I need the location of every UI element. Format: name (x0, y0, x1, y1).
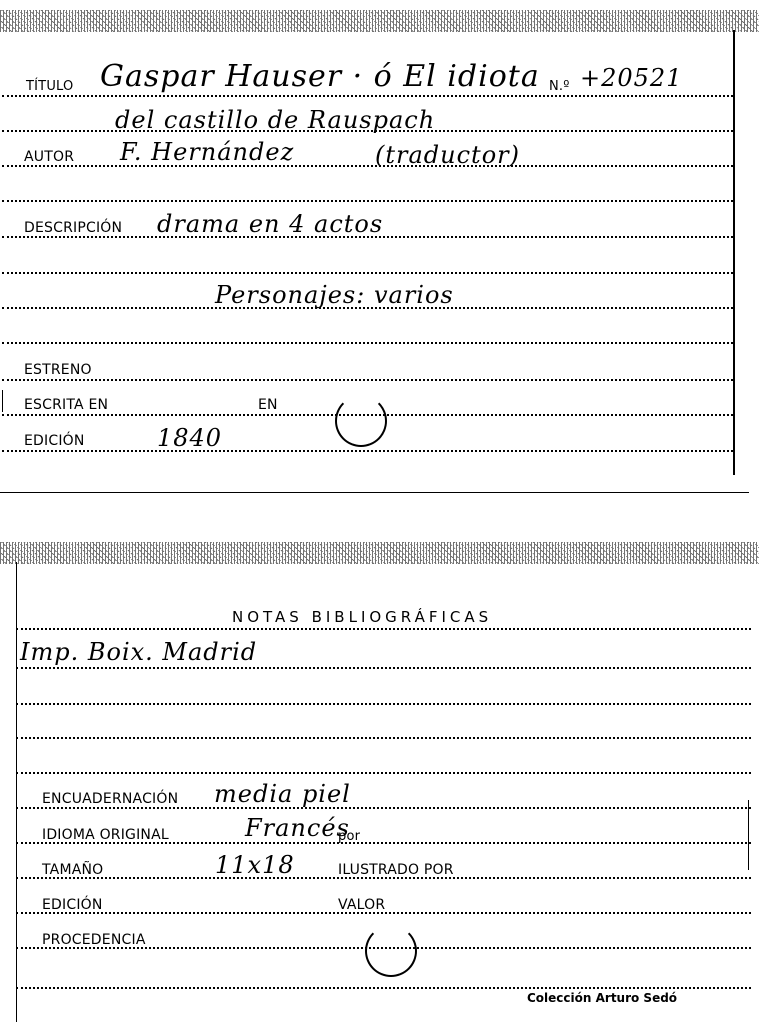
card-left-edge (16, 562, 17, 1022)
notas-title: NOTAS BIBLIOGRÁFICAS (232, 608, 492, 626)
collection-footer: Colección Arturo Sedó (527, 991, 677, 1005)
tamano-value: 11x18 (215, 853, 295, 877)
tamano-label: TAMAÑO (42, 863, 103, 877)
notes-line1: Imp. Boix. Madrid (20, 640, 257, 664)
punch-hole (365, 925, 417, 977)
numero-label: N.º (549, 80, 570, 93)
rule-line (16, 667, 751, 669)
escrita-en-label: ESCRITA EN (24, 398, 108, 412)
edicion-label: EDICIÓN (24, 434, 85, 448)
top-catalog-card: TÍTULO Gaspar Hauser · ó El idiota N.º +… (0, 0, 759, 495)
card-right-edge (733, 30, 735, 475)
rule-line (2, 450, 733, 452)
rule-line (2, 95, 733, 97)
valor-label: VALOR (338, 898, 385, 912)
rule-line (16, 703, 751, 705)
titulo-label: TÍTULO (26, 80, 73, 93)
card-left-mark (2, 390, 3, 412)
encuadernacion-label: ENCUADERNACIÓN (42, 792, 178, 806)
titulo-value-line2: del castillo de Rauspach (115, 108, 435, 132)
en-label: EN (258, 398, 278, 412)
rule-line (2, 272, 733, 274)
ilustrado-por-label: ILUSTRADO POR (338, 863, 454, 877)
autor-value: F. Hernández (120, 140, 294, 164)
titulo-value: Gaspar Hauser · ó El idiota (100, 62, 540, 92)
rule-line (16, 807, 751, 809)
descripcion-label: DESCRIPCIÓN (24, 221, 122, 235)
rule-line (16, 737, 751, 739)
descripcion-value: drama en 4 actos (157, 212, 383, 236)
edicion-value: 1840 (157, 426, 222, 450)
numero-value: +20521 (580, 66, 682, 90)
rule-line (2, 342, 733, 344)
por-label: por (338, 830, 360, 843)
autor-label: AUTOR (24, 150, 74, 164)
estreno-label: ESTRENO (24, 363, 92, 377)
idioma-original-value: Francés (245, 816, 350, 840)
scan-noise-border (0, 10, 759, 32)
rule-line (16, 987, 751, 989)
card-bottom-edge (0, 492, 749, 493)
descripcion-value-line2: Personajes: varios (215, 283, 454, 307)
scan-noise-border (0, 542, 759, 564)
edicion-label-bottom: EDICIÓN (42, 898, 103, 912)
punch-hole (335, 395, 387, 447)
card-right-edge (748, 800, 749, 870)
rule-line (16, 628, 751, 630)
encuadernacion-value: media piel (214, 782, 351, 806)
rule-line (16, 772, 751, 774)
rule-line (2, 165, 733, 167)
idioma-original-label: IDIOMA ORIGINAL (42, 828, 169, 842)
bottom-catalog-card: NOTAS BIBLIOGRÁFICAS Imp. Boix. Madrid E… (0, 540, 759, 1028)
procedencia-label: PROCEDENCIA (42, 933, 146, 947)
autor-note: (traductor) (375, 143, 520, 167)
rule-line (2, 379, 733, 381)
rule-line (2, 200, 733, 202)
